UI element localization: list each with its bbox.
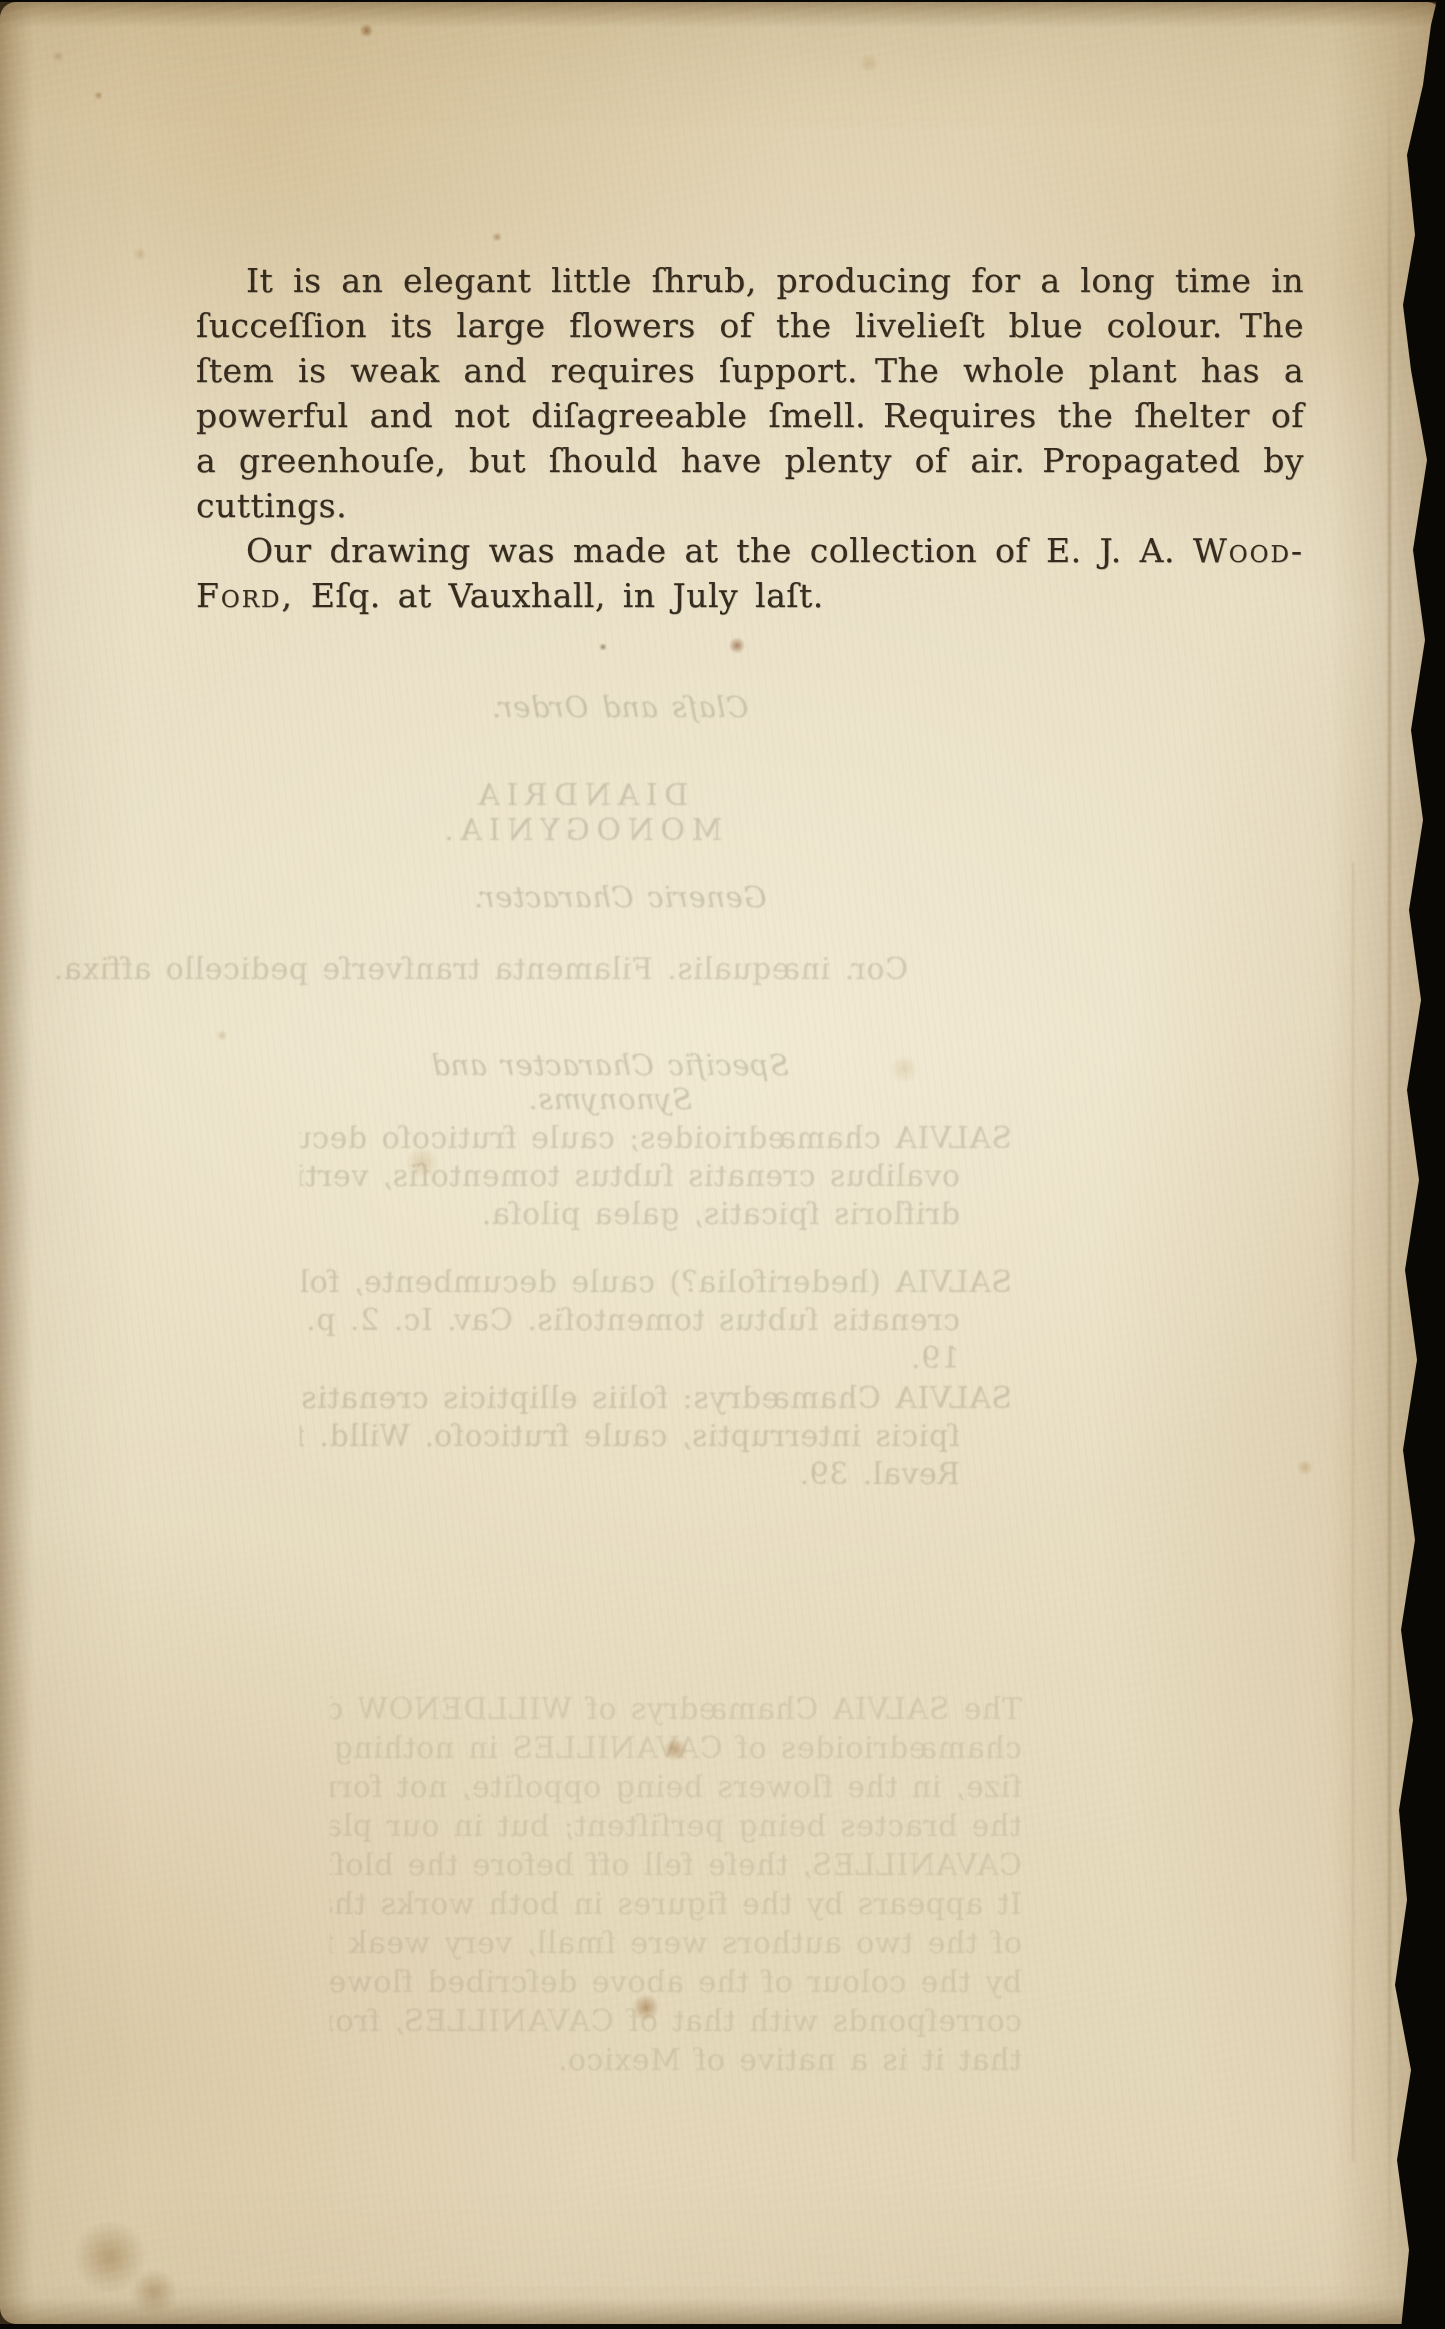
showthrough-line: ſize, in the flowers being oppoſite, not… xyxy=(330,1768,1022,1807)
body-text-span: Eſq. at Vauxhall, in July laſt. xyxy=(294,576,824,615)
showthrough-line: by the colour of the above deſcribed flo… xyxy=(330,1963,1022,2002)
showthrough-specific-heading: Specific Character and Synonyms. xyxy=(380,1048,840,1116)
right-edge-shadow xyxy=(1330,2,1443,2324)
vertical-crease xyxy=(1352,862,1354,2162)
small-caps-name: Ford, xyxy=(196,576,294,615)
foxing-spot xyxy=(599,643,607,651)
foxing-stain xyxy=(70,2222,150,2292)
foxing-spot xyxy=(888,1056,920,1082)
vertical-crease xyxy=(1388,72,1391,2302)
body-text-line: It is an elegant little ſhrub, producing… xyxy=(196,258,1304,303)
top-edge-shadow xyxy=(0,2,1443,28)
showthrough-class-order-heading: Claſs and Order. xyxy=(450,690,790,724)
showthrough-paragraph: The SALVIA Chamædrys of WILLDENOW differ… xyxy=(330,1690,1022,2080)
foxing-spot xyxy=(216,1030,228,1041)
body-text-line: ſucceſſion its large flowers of the live… xyxy=(196,303,1304,348)
foxing-spot xyxy=(94,91,103,100)
showthrough-line: ſpicis interruptis, caule fruticoſo. Wil… xyxy=(300,1418,1012,1456)
body-text-line: cuttings. xyxy=(196,483,1304,528)
small-caps-name: Wood- xyxy=(1193,531,1304,570)
scanned-book-page: { "document": { "kind": "antique botanic… xyxy=(0,0,1445,2329)
showthrough-line: It appears by the figures in both works … xyxy=(330,1885,1022,1924)
showthrough-line: SALVIA (hederifolia?) caule decumbente, … xyxy=(300,1264,1012,1302)
showthrough-line: ovalibus crenatis ſubtus tomentoſis, ver… xyxy=(300,1158,1012,1196)
showthrough-line: of the two authors were ſmall, very weak… xyxy=(330,1924,1022,1963)
showthrough-generic-heading: Generic Character. xyxy=(450,880,790,914)
showthrough-generic-text: Cor. inæqualis. Filamenta tranſverſe ped… xyxy=(288,952,908,987)
showthrough-class-order: DIANDRIA MONOGYNIA. xyxy=(360,778,800,848)
showthrough-line: The SALVIA Chamædrys of WILLDENOW differ… xyxy=(330,1690,1022,1729)
body-text-line: Our drawing was made at the collection o… xyxy=(196,528,1304,573)
foxing-stain xyxy=(128,2270,180,2314)
showthrough-line: correſponds with that of CAVANILLES, fro… xyxy=(330,2002,1022,2041)
body-text-line: Ford, Eſq. at Vauxhall, in July laſt. xyxy=(196,573,1304,618)
showthrough-line: SALVIA Chamædrys: foliis ellipticis cren… xyxy=(300,1380,1012,1418)
showthrough-line: chamædrioides of CAVANILLES in nothing b… xyxy=(330,1729,1022,1768)
showthrough-line: crenatis ſubtus tomentoſis. Cav. Ic. 2. … xyxy=(300,1302,1012,1340)
showthrough-line: CAVANILLES, theſe fell off before the bl… xyxy=(330,1846,1022,1885)
left-edge-shadow xyxy=(0,2,34,2324)
showthrough-line: 19. xyxy=(300,1340,1012,1378)
foxing-spot xyxy=(1296,1460,1314,1475)
showthrough-salvia-entry: SALVIA (hederifolia?) caule decumbente, … xyxy=(300,1264,1012,1378)
body-text-span: Our drawing was made at the collection o… xyxy=(246,531,1193,570)
body-text-line: powerful and not diſagreeable ſmell. Req… xyxy=(196,393,1304,438)
foxing-spot xyxy=(858,54,880,72)
bottom-edge-shadow xyxy=(0,2298,1443,2324)
foxing-spot xyxy=(728,637,746,654)
foxing-spot xyxy=(359,24,374,37)
showthrough-salvia-entry: SALVIA Chamædrys: foliis ellipticis cren… xyxy=(300,1380,1012,1494)
showthrough-line: that it is a native of Mexico. xyxy=(330,2041,1022,2080)
foxing-spot xyxy=(133,248,147,260)
showthrough-line: the bractes being perſiſtent; but in our… xyxy=(330,1807,1022,1846)
foxing-spot xyxy=(492,232,502,242)
showthrough-line: drifloris ſpicatis, galea piloſa. xyxy=(300,1196,1012,1234)
body-text-line: a greenhouſe, but ſhould have plenty of … xyxy=(196,438,1304,483)
foxing-spot xyxy=(52,51,64,62)
printed-text-block: It is an elegant little ſhrub, producing… xyxy=(196,258,1304,618)
showthrough-line: Reval. 39. xyxy=(300,1456,1012,1494)
showthrough-salvia-entry: SALVIA chamædrioides; caule fruticoſo de… xyxy=(300,1120,1012,1234)
body-text-line: ſtem is weak and requires ſupport. The w… xyxy=(196,348,1304,393)
paper-page: It is an elegant little ſhrub, producing… xyxy=(0,2,1443,2324)
showthrough-line: SALVIA chamædrioides; caule fruticoſo de… xyxy=(300,1120,1012,1158)
